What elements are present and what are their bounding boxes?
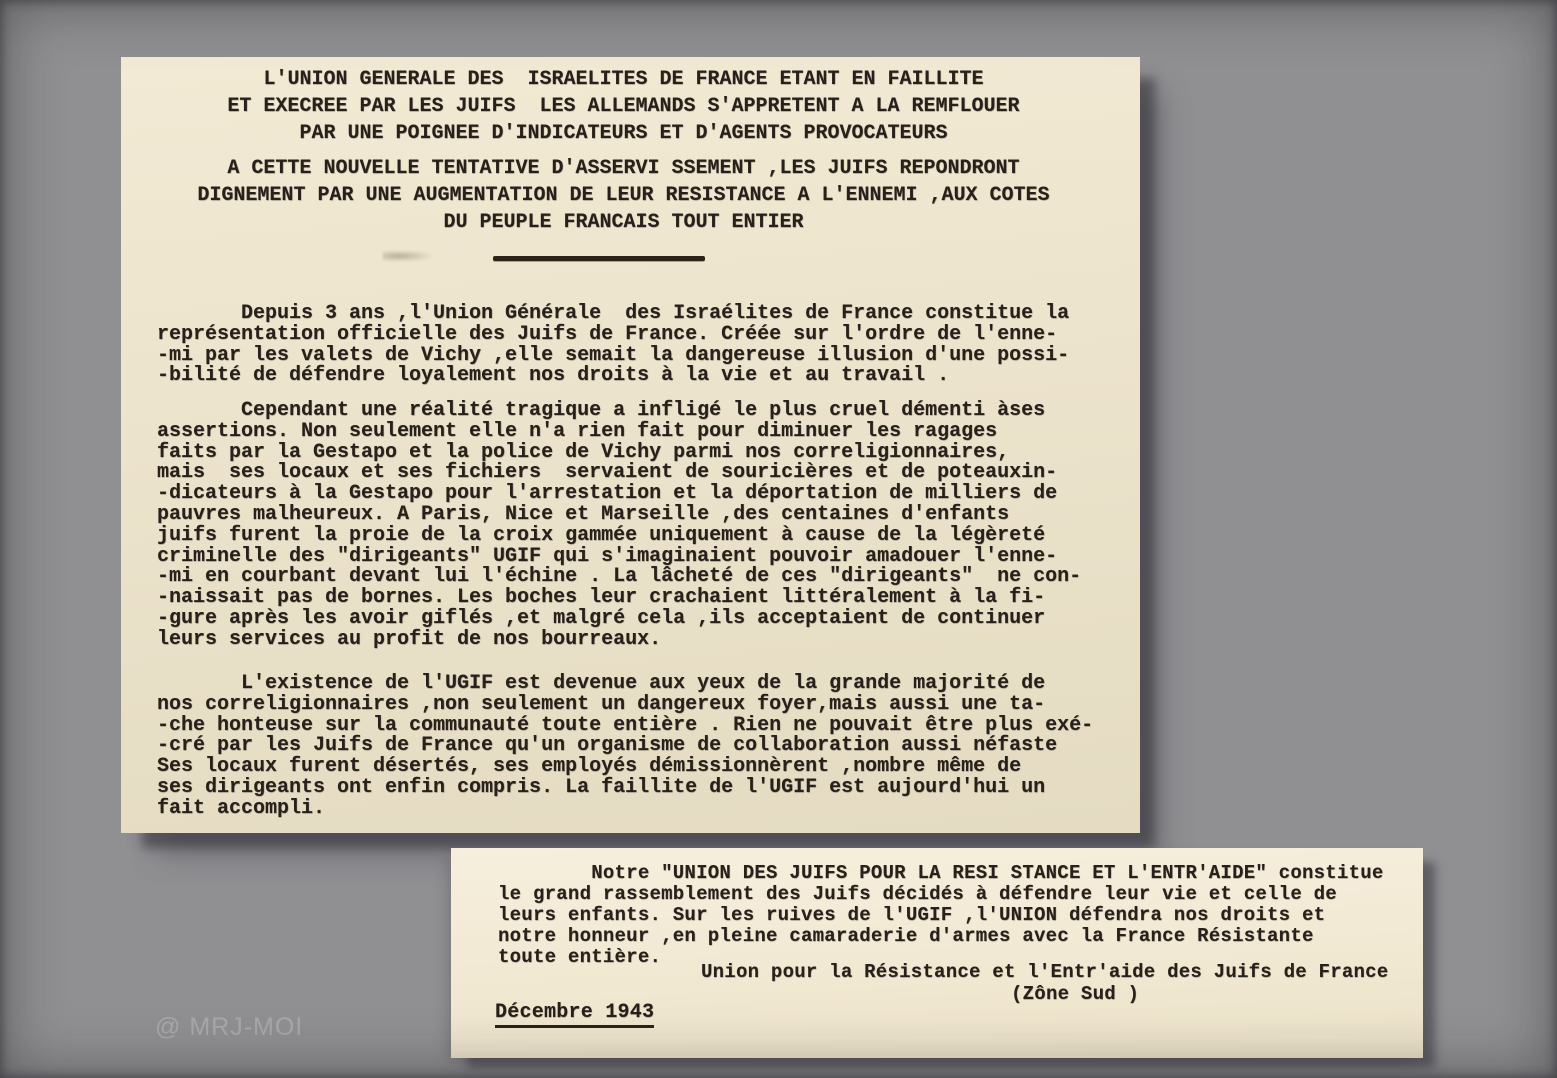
zone-line: (Zône Sud ) xyxy=(1011,984,1139,1005)
date-line: Décembre 1943 xyxy=(495,1003,654,1028)
document-page-top: L'UNION GENERALE DES ISRAELITES DE FRANC… xyxy=(121,57,1140,833)
headline-block-2: A CETTE NOUVELLE TENTATIVE D'ASSERVI SSE… xyxy=(121,155,1126,236)
paragraph-1: Depuis 3 ans ,l'Union Générale des Israé… xyxy=(157,304,1069,387)
document-page-bottom: Notre "UNION DES JUIFS POUR LA RESI STAN… xyxy=(451,848,1423,1058)
watermark-credit: @ MRJ-MOI xyxy=(155,1013,303,1042)
ink-smudge xyxy=(383,250,435,262)
photo-background: L'UNION GENERALE DES ISRAELITES DE FRANC… xyxy=(0,0,1557,1078)
paragraph-3: L'existence de l'UGIF est devenue aux ye… xyxy=(157,674,1093,820)
signature-line: Union pour la Résistance et l'Entr'aide … xyxy=(701,962,1388,983)
bottom-paragraph: Notre "UNION DES JUIFS POUR LA RESI STAN… xyxy=(498,863,1384,968)
divider-rule xyxy=(493,256,705,261)
headline-block-1: L'UNION GENERALE DES ISRAELITES DE FRANC… xyxy=(121,66,1126,147)
paragraph-2: Cependant une réalité tragique a infligé… xyxy=(157,401,1081,651)
